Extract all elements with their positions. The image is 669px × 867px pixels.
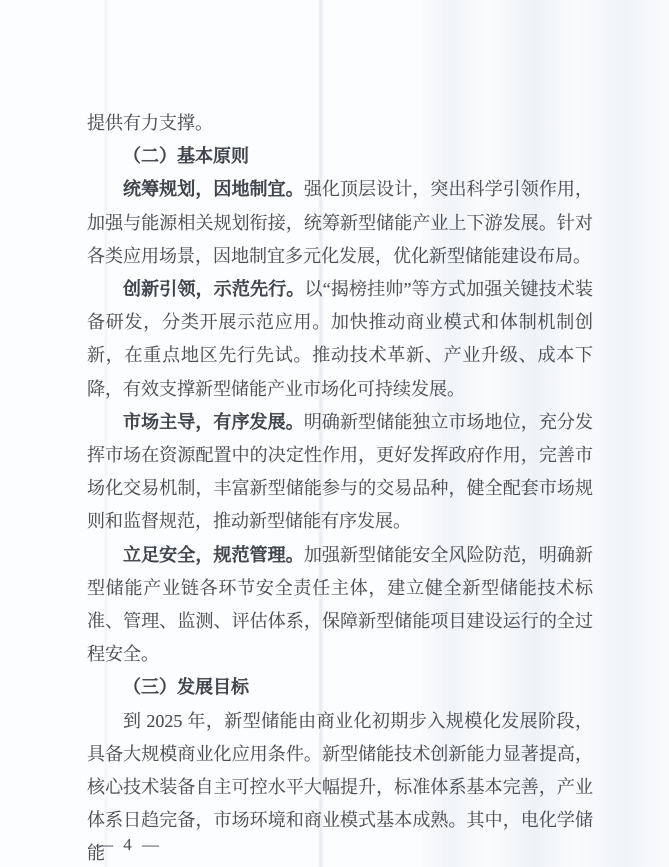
paragraph-lead-market-led: 市场主导，有序发展。 [123,412,304,432]
section-heading-development-goals: （三）发展目标 [87,671,593,704]
page-number: — 4 — [96,834,162,856]
paragraph-lead-overall-planning: 统筹规划，因地制宜。 [123,179,304,199]
paragraph-lead-safety-based: 立足安全，规范管理。 [123,545,304,565]
paragraph-overall-planning: 统筹规划，因地制宜。强化顶层设计，突出科学引领作用，加强与能源相关规划衔接，统筹… [87,173,593,273]
paragraph-2025-goals: 到 2025 年，新型储能由商业化初期步入规模化发展阶段，具备大规模商业化应用条… [87,705,593,867]
paragraph-intro-continuation: 提供有力支撑。 [87,107,593,140]
paragraph-innovation-led: 创新引领，示范先行。以“揭榜挂帅”等方式加强关键技术装备研发，分类开展示范应用。… [87,273,593,406]
paragraph-safety-based: 立足安全，规范管理。加强新型储能安全风险防范，明确新型储能产业链各环节安全责任主… [87,539,593,672]
page-content: 提供有力支撑。 （二）基本原则 统筹规划，因地制宜。强化顶层设计，突出科学引领作… [87,107,593,867]
section-heading-basic-principles: （二）基本原则 [87,140,593,173]
paragraph-market-led: 市场主导，有序发展。明确新型储能独立市场地位，充分发挥市场在资源配置中的决定性作… [87,406,593,539]
document-page: 提供有力支撑。 （二）基本原则 统筹规划，因地制宜。强化顶层设计，突出科学引领作… [0,0,669,867]
paragraph-lead-innovation-led: 创新引领，示范先行。 [123,279,305,299]
